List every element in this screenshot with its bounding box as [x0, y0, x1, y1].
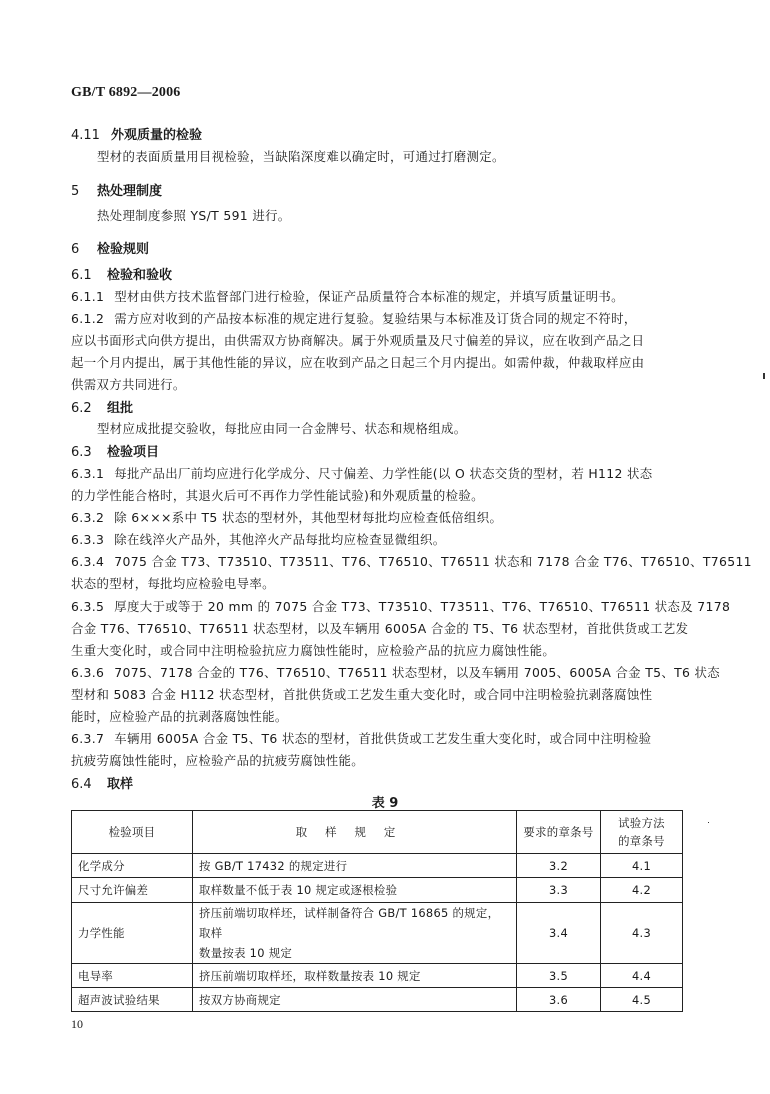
clause-number: 6.1.1	[71, 289, 104, 304]
clause-text: 每批产品出厂前均应进行化学成分、尺寸偏差、力学性能(以 O 状态交货的型材，若 …	[114, 466, 652, 481]
table-row: 力学性能 挤压前端切取样坯，试样制备符合 GB/T 16865 的规定，取样 数…	[72, 903, 683, 964]
section-number: 6.2	[71, 401, 107, 416]
cell-method: 4.3	[601, 903, 683, 964]
cell-item: 电导率	[72, 964, 193, 988]
column-header: 检验项目	[72, 811, 193, 854]
clause-text-continued: 起一个月内提出，属于其他性能的异议，应在收到产品之日起三个月内提出。如需仲裁，仲…	[71, 353, 644, 371]
cell-req: 3.3	[517, 878, 601, 903]
column-header: 取样规定	[193, 811, 517, 854]
table-row: 尺寸允许偏差 取样数量不低于表 10 规定或逐根检验 3.3 4.2	[72, 878, 683, 903]
section-heading-6-4: 6.4取样	[71, 773, 133, 792]
column-header-line: 试验方法	[607, 814, 676, 832]
clause-text-continued: 合金 T76、T76510、T76511 状态型材，以及车辆用 6005A 合金…	[71, 619, 688, 637]
clause-text: 车辆用 6005A 合金 T5、T6 状态的型材，首批供货或工艺发生重大变化时，…	[114, 731, 651, 746]
clause-text-continued: 的力学性能合格时，其退火后可不再作力学性能试验)和外观质量的检验。	[71, 486, 484, 504]
clause-text: 需方应对收到的产品按本标准的规定进行复验。复验结果与本标准及订货合同的规定不符时…	[114, 311, 636, 326]
clause-text-continued: 状态的型材，每批均应检验电导率。	[71, 574, 275, 592]
section-number: 5	[71, 184, 97, 199]
clause-number: 6.3.3	[71, 532, 104, 547]
clause-6-3-3: 6.3.3除在线淬火产品外，其他淬火产品每批均应检查显微组织。	[71, 530, 446, 548]
clause-text: 除在线淬火产品外，其他淬火产品每批均应检查显微组织。	[114, 532, 445, 547]
cell-rule: 挤压前端切取样坯，取样数量按表 10 规定	[193, 964, 517, 988]
cell-req: 3.4	[517, 903, 601, 964]
column-header: 要求的章条号	[517, 811, 601, 854]
table-row: 化学成分 按 GB/T 17432 的规定进行 3.2 4.1	[72, 854, 683, 878]
clause-number: 6.1.2	[71, 311, 104, 326]
section-heading-6-1: 6.1检验和验收	[71, 264, 172, 283]
section-title: 组批	[107, 401, 133, 416]
clause-6-1-1: 6.1.1型材由供方技术监督部门进行检验，保证产品质量符合本标准的规定，并填写质…	[71, 287, 624, 305]
sampling-table: 检验项目 取样规定 要求的章条号 试验方法 的章条号 化学成分 按 GB/T 1…	[71, 810, 683, 1012]
cell-method: 4.5	[601, 988, 683, 1012]
paragraph: 型材的表面质量用目视检验，当缺陷深度难以确定时，可通过打磨测定。	[97, 147, 505, 165]
clause-text-continued: 应以书面形式向供方提出，由供需双方协商解决。属于外观质量及尺寸偏差的异议，应在收…	[71, 331, 644, 349]
cell-rule-line: 挤压前端切取样坯，试样制备符合 GB/T 16865 的规定，取样	[199, 903, 510, 943]
cell-rule: 按 GB/T 17432 的规定进行	[193, 854, 517, 878]
section-title: 热处理制度	[97, 184, 162, 199]
section-number: 6.4	[71, 777, 107, 792]
clause-6-1-2: 6.1.2需方应对收到的产品按本标准的规定进行复验。复验结果与本标准及订货合同的…	[71, 309, 637, 327]
section-number: 4.11	[71, 128, 111, 143]
clause-text: 7075、7178 合金的 T76、T76510、T76511 状态型材，以及车…	[114, 665, 720, 680]
section-title: 检验和验收	[107, 268, 172, 283]
section-title: 检验项目	[107, 445, 159, 460]
clause-text-continued: 生重大变化时，或合同中注明检验抗应力腐蚀性能时，应检验产品的抗应力腐蚀性能。	[71, 641, 555, 659]
page-number: 10	[71, 1017, 83, 1032]
section-number: 6	[71, 242, 97, 257]
section-heading-4-11: 4.11外观质量的检验	[71, 124, 202, 143]
clause-text: 型材由供方技术监督部门进行检验，保证产品质量符合本标准的规定，并填写质量证明书。	[114, 289, 624, 304]
cell-rule: 按双方协商规定	[193, 988, 517, 1012]
cell-method: 4.4	[601, 964, 683, 988]
section-heading-6-2: 6.2组批	[71, 397, 133, 416]
clause-text-continued: 型材和 5083 合金 H112 状态型材，首批供货或工艺发生重大变化时，或合同…	[71, 685, 652, 703]
cell-item: 化学成分	[72, 854, 193, 878]
clause-number: 6.3.6	[71, 665, 104, 680]
clause-number: 6.3.1	[71, 466, 104, 481]
cell-method: 4.1	[601, 854, 683, 878]
cell-method: 4.2	[601, 878, 683, 903]
clause-text: 厚度大于或等于 20 mm 的 7075 合金 T73、T73510、T7351…	[114, 599, 730, 614]
clause-text-continued: 抗疲劳腐蚀性能时，应检验产品的抗疲劳腐蚀性能。	[71, 751, 364, 769]
cell-req: 3.2	[517, 854, 601, 878]
clause-text-continued: 能时，应检验产品的抗剥落腐蚀性能。	[71, 707, 288, 725]
column-header: 试验方法 的章条号	[601, 811, 683, 854]
clause-text-continued: 供需双方共同进行。	[71, 375, 186, 393]
section-heading-6: 6检验规则	[71, 238, 149, 257]
cell-req: 3.5	[517, 964, 601, 988]
section-title: 检验规则	[97, 242, 149, 257]
clause-number: 6.3.7	[71, 731, 104, 746]
clause-number: 6.3.2	[71, 510, 104, 525]
section-heading-5: 5热处理制度	[71, 180, 162, 199]
cell-item: 尺寸允许偏差	[72, 878, 193, 903]
cell-rule: 取样数量不低于表 10 规定或逐根检验	[193, 878, 517, 903]
column-header-line: 的章条号	[607, 832, 676, 850]
clause-text: 7075 合金 T73、T73510、T73511、T76、T76510、T76…	[114, 554, 752, 569]
table-header-row: 检验项目 取样规定 要求的章条号 试验方法 的章条号	[72, 811, 683, 854]
paragraph: 型材应成批提交验收，每批应由同一合金牌号、状态和规格组成。	[97, 419, 466, 437]
cell-item: 超声波试验结果	[72, 988, 193, 1012]
paragraph: 热处理制度参照 YS/T 591 进行。	[97, 206, 291, 224]
cell-rule-line: 数量按表 10 规定	[199, 943, 510, 963]
section-heading-6-3: 6.3检验项目	[71, 441, 159, 460]
clause-6-3-5: 6.3.5厚度大于或等于 20 mm 的 7075 合金 T73、T73510、…	[71, 597, 730, 615]
scan-artifact	[708, 822, 709, 823]
clause-6-3-1: 6.3.1每批产品出厂前均应进行化学成分、尺寸偏差、力学性能(以 O 状态交货的…	[71, 464, 653, 482]
section-number: 6.3	[71, 445, 107, 460]
section-title: 取样	[107, 777, 133, 792]
cell-rule: 挤压前端切取样坯，试样制备符合 GB/T 16865 的规定，取样 数量按表 1…	[193, 903, 517, 964]
clause-number: 6.3.4	[71, 554, 104, 569]
cell-item: 力学性能	[72, 903, 193, 964]
clause-6-3-6: 6.3.67075、7178 合金的 T76、T76510、T76511 状态型…	[71, 663, 720, 681]
clause-number: 6.3.5	[71, 599, 104, 614]
standard-code: GB/T 6892—2006	[71, 85, 181, 101]
section-title: 外观质量的检验	[111, 128, 202, 143]
table-row: 电导率 挤压前端切取样坯，取样数量按表 10 规定 3.5 4.4	[72, 964, 683, 988]
clause-6-3-2: 6.3.2除 6×××系中 T5 状态的型材外，其他型材每批均应检查低倍组织。	[71, 508, 502, 526]
table-row: 超声波试验结果 按双方协商规定 3.6 4.5	[72, 988, 683, 1012]
section-number: 6.1	[71, 268, 107, 283]
table-caption: 表 9	[0, 792, 770, 811]
cell-req: 3.6	[517, 988, 601, 1012]
scan-artifact	[763, 373, 765, 379]
clause-6-3-7: 6.3.7车辆用 6005A 合金 T5、T6 状态的型材，首批供货或工艺发生重…	[71, 729, 651, 747]
clause-text: 除 6×××系中 T5 状态的型材外，其他型材每批均应检查低倍组织。	[114, 510, 502, 525]
clause-6-3-4: 6.3.47075 合金 T73、T73510、T73511、T76、T7651…	[71, 552, 752, 570]
